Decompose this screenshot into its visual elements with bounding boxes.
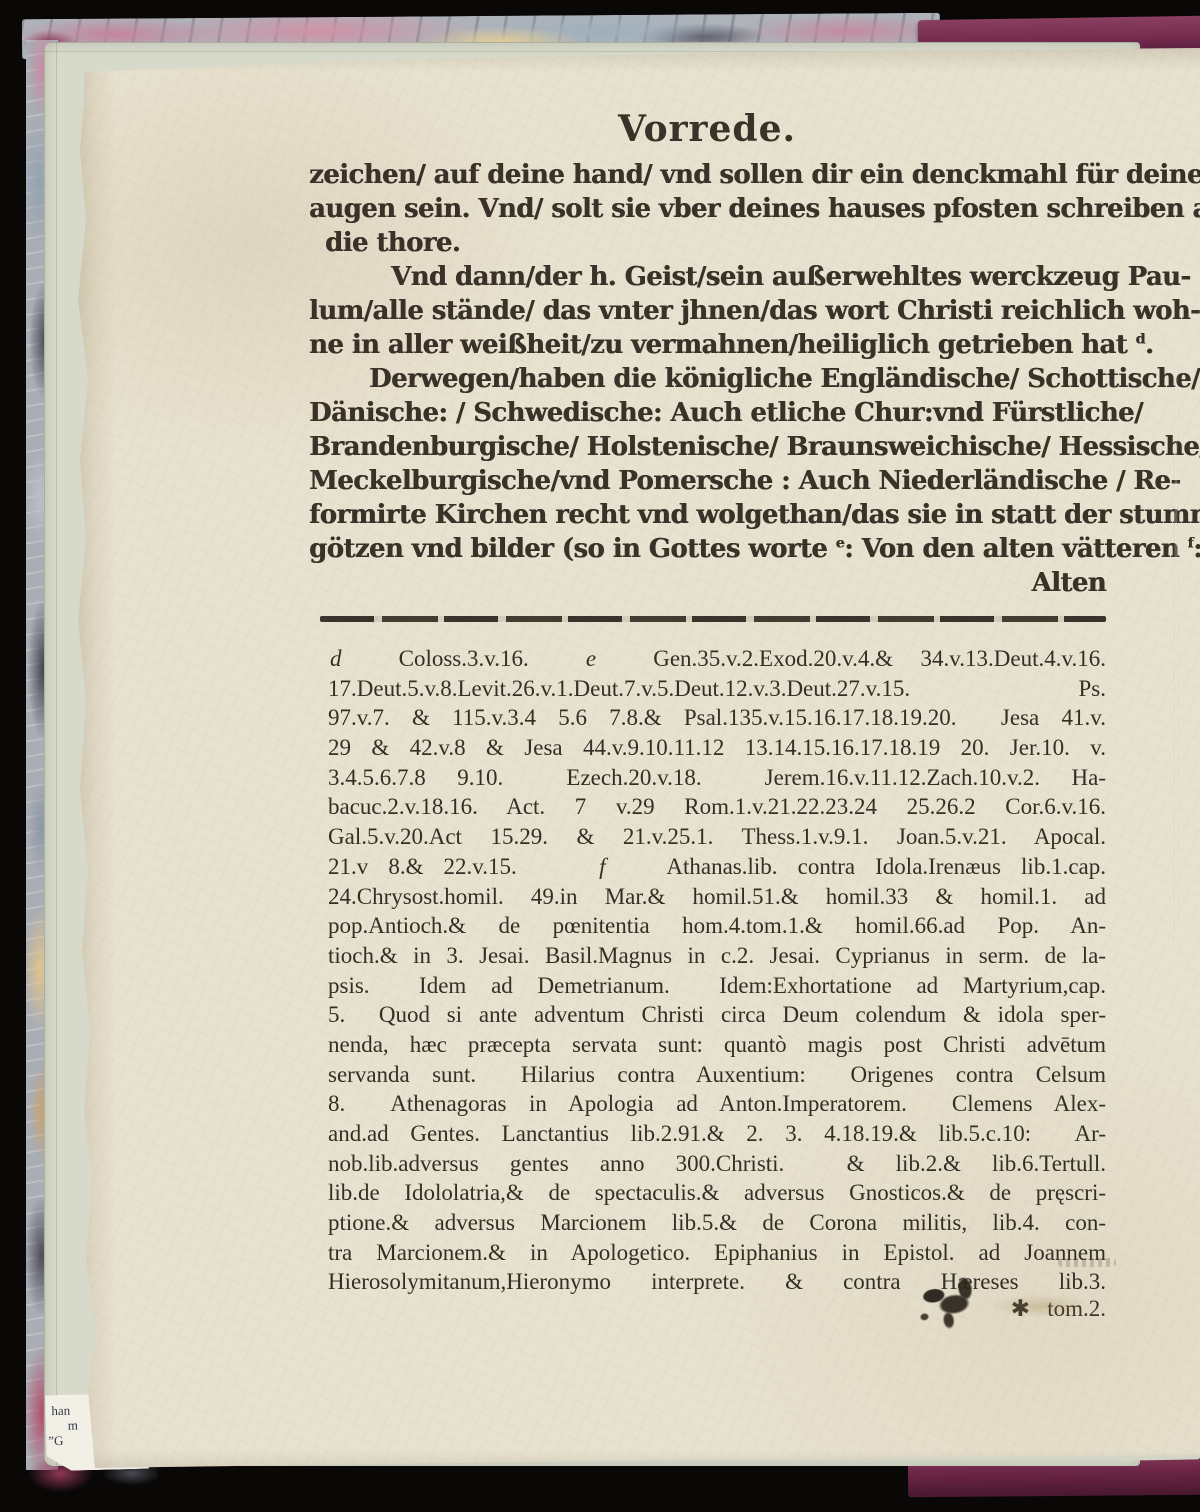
- ink-blot: [908, 1269, 991, 1335]
- body-line: Vnd dann/der h. Geist/sein außerwehltes …: [309, 262, 1106, 296]
- footnote-line: psis. Idem ad Demetrianum. Idem:Exhortat…: [328, 973, 1106, 1003]
- footnote-line: 17.Deut.5.v.8.Levit.26.v.1.Deut.7.v.5.De…: [328, 676, 1106, 706]
- body-line: Brandenburgische/ Holstenische/ Braunswe…: [309, 432, 1106, 466]
- footnote-line: 21.v 8.& 22.v.15. f Athanas.lib. contra …: [328, 854, 1106, 884]
- body-text-block: zeichen/ auf deine hand/ vnd sollen dir …: [309, 160, 1106, 602]
- body-line: Alten: [309, 568, 1106, 602]
- footnote-divider-rule: [320, 616, 1106, 622]
- footnote-line: tioch.& in 3. Jesai. Basil.Magnus in c.2…: [328, 943, 1106, 973]
- footnote-line: Hierosolymitanum,Hieronymo interprete. &…: [328, 1269, 1106, 1299]
- footnote-line: nenda, hæc præcepta servata sunt: quantò…: [328, 1032, 1106, 1062]
- page-header: Vorrede.: [308, 108, 1106, 150]
- footnote-line: lib.de Idololatria,& de spectaculis.& ad…: [328, 1180, 1106, 1210]
- footnote-line: 8. Athenagoras in Apologia ad Anton.Impe…: [328, 1091, 1106, 1121]
- body-line: augen sein. Vnd/ solt sie vber deines ha…: [309, 194, 1106, 228]
- footnote-line: d Coloss.3.v.16. e Gen.35.v.2.Exod.20.v.…: [328, 646, 1106, 676]
- body-line: Meckelburgische/vnd Pomersche : Auch Nie…: [309, 466, 1106, 500]
- ink-smudge: [1058, 1258, 1116, 1267]
- footnote-block: d Coloss.3.v.16. e Gen.35.v.2.Exod.20.v.…: [328, 646, 1106, 1299]
- footnote-line: and.ad Gentes. Lanctantius lib.2.91.& 2.…: [328, 1121, 1106, 1151]
- ink-smear: [988, 1294, 1092, 1318]
- footnote-line: ptione.& adversus Marcionem lib.5.& de C…: [328, 1210, 1106, 1240]
- footnote-line: tra Marcionem.& in Apologetico. Epiphani…: [328, 1240, 1106, 1270]
- footnote-line: bacuc.2.v.18.16. Act. 7 v.29 Rom.1.v.21.…: [328, 794, 1106, 824]
- body-line: formirte Kirchen recht vnd wolgethan/das…: [309, 500, 1106, 534]
- page-crease: [1174, 366, 1178, 946]
- book-page: Vorrede. zeichen/ auf deine hand/ vnd so…: [70, 46, 1200, 1472]
- footnote-line: 97.v.7. & 115.v.3.4 5.6 7.8.& Psal.135.v…: [328, 705, 1106, 735]
- body-line: Dänische: / Schwedische: Auch etliche Ch…: [309, 398, 1106, 432]
- footnote-line: 5. Quod si ante adventum Christi circa D…: [328, 1002, 1106, 1032]
- footnote-line: servanda sunt. Hilarius contra Auxentium…: [328, 1062, 1106, 1092]
- footnote-line: 24.Chrysost.homil. 49.in Mar.& homil.51.…: [328, 884, 1106, 914]
- footnote-line: nob.lib.adversus gentes anno 300.Christi…: [328, 1151, 1106, 1181]
- body-line: götzen vnd bilder (so in Gottes worte e:…: [309, 534, 1106, 568]
- footnote-line: 3.4.5.6.7.8 9.10. Ezech.20.v.18. Jerem.1…: [328, 765, 1106, 795]
- body-line: zeichen/ auf deine hand/ vnd sollen dir …: [309, 160, 1106, 194]
- footnote-line: Gal.5.v.20.Act 15.29. & 21.v.25.1. Thess…: [328, 824, 1106, 854]
- book-scan: hanm”G tel. Vorrede. zeichen/ auf deine …: [0, 0, 1200, 1512]
- body-line: die thore.: [309, 228, 1106, 262]
- body-line: Derwegen/haben die königliche Engländisc…: [309, 364, 1106, 398]
- footnote-line: pop.Antioch.& de pœnitentia hom.4.tom.1.…: [328, 913, 1106, 943]
- footnote-line: 29 & 42.v.8 & Jesa 44.v.9.10.11.12 13.14…: [328, 735, 1106, 765]
- body-line: lum/alle stände/ das vnter jhnen/das wor…: [309, 296, 1106, 330]
- body-line: ne in aller weißheit/zu vermahnen/heilig…: [309, 330, 1106, 364]
